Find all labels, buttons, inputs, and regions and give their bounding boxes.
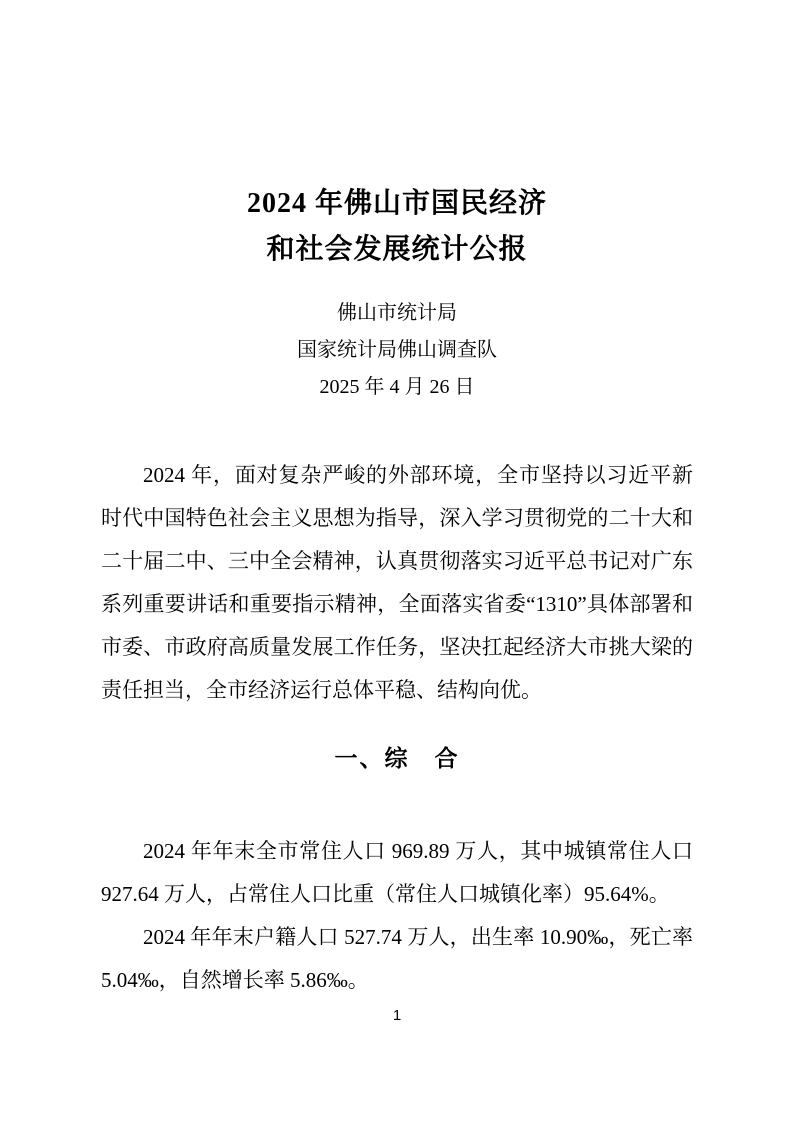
document-page: 2024 年佛山市国民经济 和社会发展统计公报 佛山市统计局 国家统计局佛山调查… (0, 0, 794, 1123)
paragraph-resident-population: 2024 年年末全市常住人口 969.89 万人，其中城镇常住人口 927.64… (101, 830, 693, 916)
page-number: 1 (393, 1007, 401, 1024)
section-heading-overview: 一、综 合 (101, 743, 693, 773)
title-line-2: 和社会发展统计公报 (0, 227, 794, 273)
document-title: 2024 年佛山市国民经济 和社会发展统计公报 (0, 181, 794, 273)
title-line-1: 2024 年佛山市国民经济 (0, 181, 794, 227)
document-body: 2024 年，面对复杂严峻的外部环境，全市坚持以习近平新时代中国特色社会主义思想… (101, 454, 693, 1002)
document-header: 2024 年佛山市国民经济 和社会发展统计公报 佛山市统计局 国家统计局佛山调查… (0, 0, 794, 406)
intro-paragraph: 2024 年，面对复杂严峻的外部环境，全市坚持以习近平新时代中国特色社会主义思想… (101, 454, 693, 712)
byline: 佛山市统计局 国家统计局佛山调查队 2025 年 4 月 26 日 (0, 295, 794, 406)
paragraph-household-population: 2024 年年末户籍人口 527.74 万人，出生率 10.90‰，死亡率 5.… (101, 916, 693, 1002)
issuer-city-bureau: 佛山市统计局 (0, 295, 794, 332)
page-footer: 1 (0, 1007, 794, 1025)
issuer-national-survey-team: 国家统计局佛山调查队 (0, 332, 794, 369)
publish-date: 2025 年 4 月 26 日 (0, 369, 794, 406)
